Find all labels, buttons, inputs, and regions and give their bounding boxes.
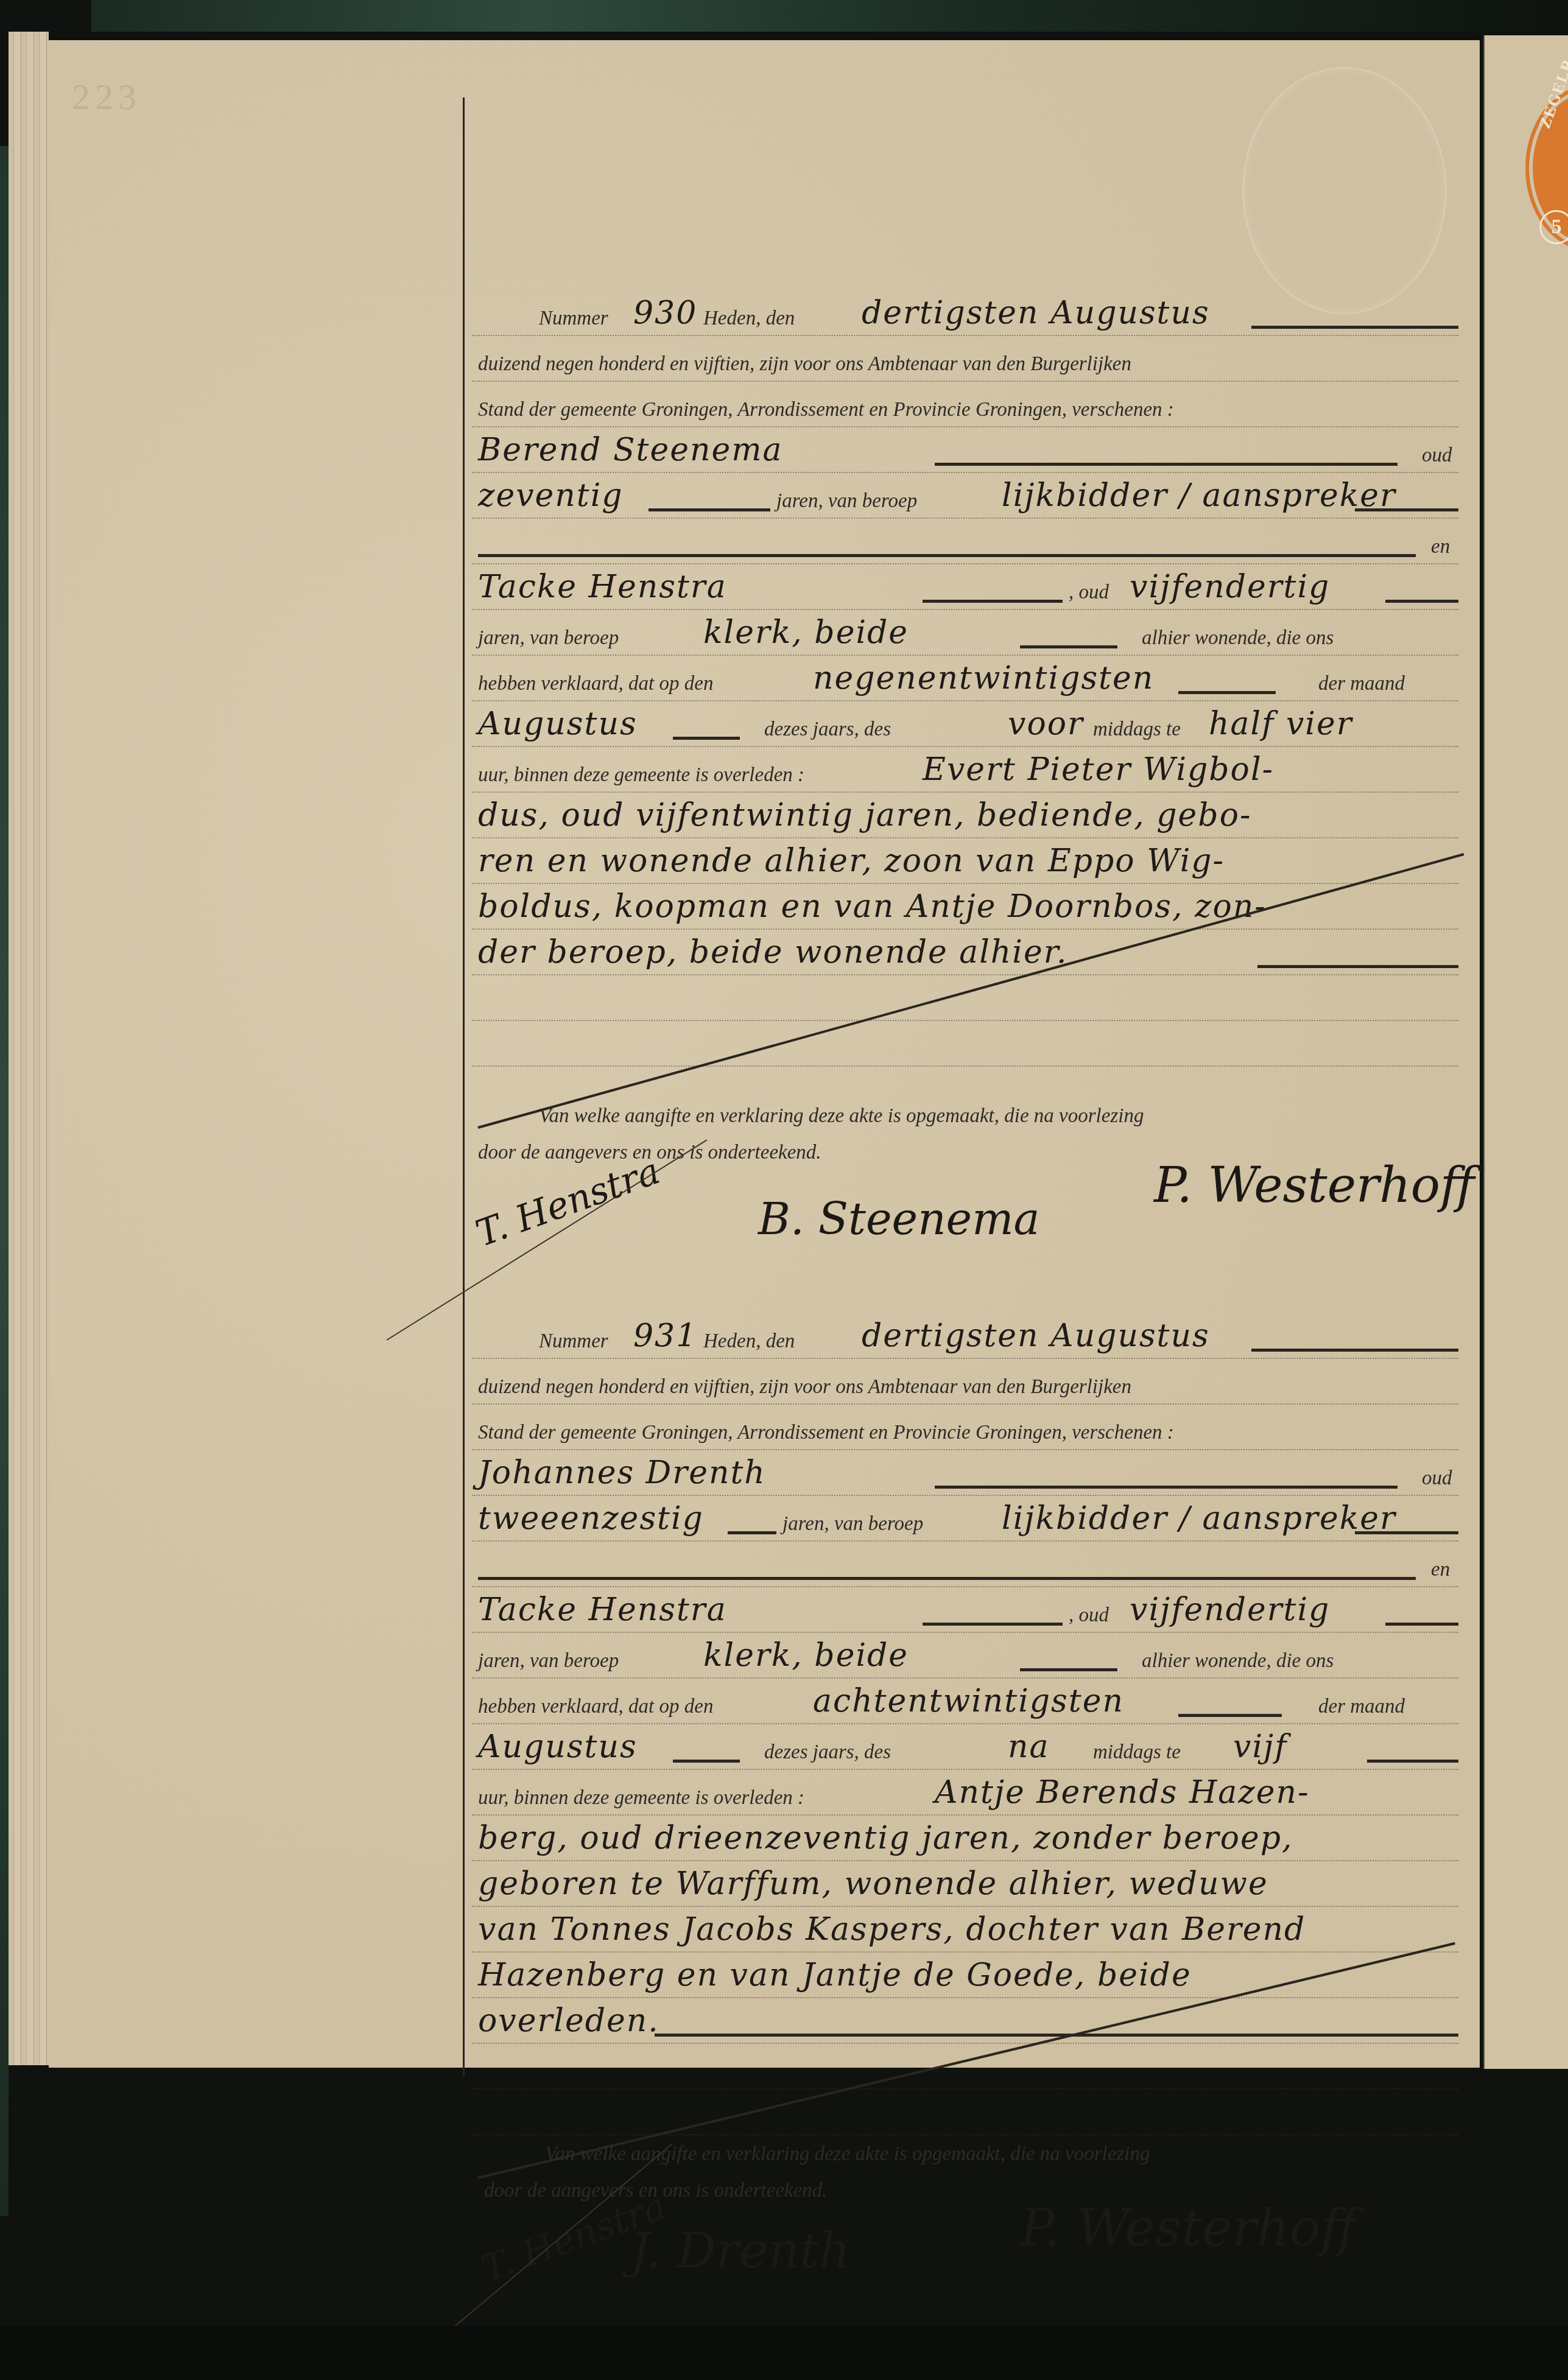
deceased-line-2: ren en wonende alhier, zoon van Eppo Wig… — [478, 843, 1225, 879]
informant2-age: vijfendertig — [1130, 1592, 1330, 1628]
informant1-occupation: lijkbidder / aanspreker — [1002, 1500, 1396, 1537]
en-label: en — [1431, 536, 1450, 558]
dezes-jaars-label: dezes jaars, des — [764, 718, 891, 741]
deceased-line-4: Hazenberg en van Jantje de Goede, beide — [478, 1957, 1192, 1993]
informant2-occupation: klerk, beide — [703, 1637, 909, 1674]
signature-steenema: B. Steenema — [758, 1193, 1039, 1244]
overleden-label: uur, binnen deze gemeente is overleden : — [478, 1787, 804, 1810]
deceased-line-3: van Tonnes Jacobs Kaspers, dochter van B… — [478, 1911, 1306, 1948]
form-line-3: Stand der gemeente Groningen, Arrondisse… — [478, 399, 1174, 421]
deceased-line-3: boldus, koopman en van Antje Doornbos, z… — [478, 888, 1267, 925]
record-date: dertigsten Augustus — [862, 295, 1210, 331]
book-cover-left — [0, 146, 9, 2216]
death-time: half vier — [1209, 706, 1353, 742]
verklaard-label: hebben verklaard, dat op den — [478, 1696, 713, 1718]
deceased-line-5: overleden. — [478, 2003, 659, 2039]
record-date: dertigsten Augustus — [862, 1318, 1210, 1354]
fill-dash — [1367, 1760, 1458, 1763]
middags-label: middags te — [1093, 1741, 1181, 1764]
dezes-jaars-label: dezes jaars, des — [764, 1741, 891, 1764]
informant2-age: vijfendertig — [1130, 569, 1330, 605]
fill-dash — [1251, 326, 1458, 329]
middags-label: middags te — [1093, 718, 1181, 741]
deceased-line-2: geboren te Warffum, wonende alhier, wedu… — [478, 1866, 1268, 1902]
informant1-name: Johannes Drenth — [478, 1455, 766, 1491]
fill-dash — [923, 600, 1063, 603]
informant1-age: tweeenzestig — [478, 1500, 704, 1537]
oud-label: oud — [1422, 444, 1452, 467]
verklaard-label: hebben verklaard, dat op den — [478, 673, 713, 695]
overleden-label: uur, binnen deze gemeente is overleden : — [478, 764, 804, 787]
jaren-beroep-label: jaren, van beroep — [782, 1513, 923, 1536]
fill-dash — [673, 737, 740, 740]
nummer-label: Nummer — [539, 1330, 608, 1353]
embossed-seal-icon — [1242, 67, 1447, 314]
record-number: 930 — [633, 295, 697, 331]
deceased-line-1: dus, oud vijfentwintig jaren, bediende, … — [478, 797, 1252, 834]
form-line-2: duizend negen honderd en vijftien, zijn … — [478, 1376, 1131, 1399]
en-label: en — [1431, 1559, 1450, 1581]
death-day: negenentwintigsten — [813, 660, 1154, 697]
fill-dash — [1020, 1668, 1117, 1671]
fill-dash — [1178, 1714, 1282, 1717]
fill-dash — [649, 508, 770, 511]
form-line-3: Stand der gemeente Groningen, Arrondisse… — [478, 1422, 1174, 1444]
fill-dash — [1355, 508, 1458, 511]
fill-dash — [1355, 1531, 1458, 1534]
scanner-bottom-edge — [0, 2326, 1568, 2380]
alhier-label: alhier wonende, die ons — [1142, 1650, 1334, 1673]
informant2-name: Tacke Henstra — [478, 569, 727, 605]
page-number-bleedthrough: 223 — [72, 76, 141, 118]
fill-dash — [1251, 1349, 1458, 1352]
fill-dash — [1178, 691, 1276, 694]
fill-dash — [935, 1486, 1397, 1489]
nummer-label: Nummer — [539, 307, 608, 330]
fill-dash — [655, 2034, 1458, 2037]
informant1-occupation: lijkbidder / aanspreker — [1002, 477, 1396, 514]
der-maand-label: der maand — [1318, 1696, 1405, 1718]
adjacent-page-edge — [1483, 35, 1568, 2069]
informant1-name: Berend Steenema — [478, 432, 783, 468]
death-time: vijf — [1233, 1729, 1287, 1765]
deceased-line-4: der beroep, beide wonende alhier. — [478, 934, 1067, 971]
fill-dash — [1020, 645, 1117, 648]
informant2-name: Tacke Henstra — [478, 1592, 727, 1628]
heden-label: Heden, den — [703, 307, 795, 330]
fill-dash — [728, 1531, 776, 1534]
deceased-line-0: Antje Berends Hazen- — [935, 1774, 1310, 1811]
informant1-age: zeventig — [478, 477, 624, 514]
signature-drenth: J. Drenth — [630, 2222, 851, 2279]
alhier-label: alhier wonende, die ons — [1142, 627, 1334, 650]
time-prefix: na — [1008, 1729, 1050, 1765]
oud-label-2: , oud — [1069, 581, 1109, 604]
stamp-value: 5 — [1539, 210, 1568, 244]
informant2-occupation: klerk, beide — [703, 614, 909, 651]
form-line-2: duizend negen honderd en vijftien, zijn … — [478, 353, 1131, 376]
jaren-beroep-label: jaren, van beroep — [776, 490, 917, 513]
jaren-beroep-label-2: jaren, van beroep — [478, 627, 619, 650]
fill-dash — [673, 1760, 740, 1763]
jaren-beroep-label-2: jaren, van beroep — [478, 1650, 619, 1673]
fill-dash — [1257, 965, 1458, 968]
heden-label: Heden, den — [703, 1330, 795, 1353]
fill-dash — [478, 1577, 1416, 1580]
deceased-line-0: Evert Pieter Wigbol- — [923, 751, 1274, 788]
book-cover-top — [91, 0, 1568, 32]
oud-label: oud — [1422, 1467, 1452, 1490]
death-day: achtentwintigsten — [813, 1683, 1124, 1719]
margin-rule — [463, 97, 465, 2076]
deceased-line-1: berg, oud drieenzeventig jaren, zonder b… — [478, 1820, 1293, 1856]
fill-dash — [478, 554, 1416, 557]
fill-dash — [935, 463, 1397, 466]
signature-westerhoff: P. Westerhoff — [1154, 1157, 1475, 1213]
death-month: Augustus — [478, 1729, 638, 1765]
der-maand-label: der maand — [1318, 673, 1405, 695]
page-stack-edge — [9, 32, 49, 2065]
record-number: 931 — [633, 1318, 697, 1354]
fill-dash — [923, 1623, 1063, 1626]
oud-label-2: , oud — [1069, 1604, 1109, 1627]
time-prefix: voor — [1008, 706, 1084, 742]
fill-dash — [1385, 1623, 1458, 1626]
fill-dash — [1385, 600, 1458, 603]
signature-westerhoff: P. Westerhoff — [1020, 2198, 1357, 2258]
death-month: Augustus — [478, 706, 638, 742]
